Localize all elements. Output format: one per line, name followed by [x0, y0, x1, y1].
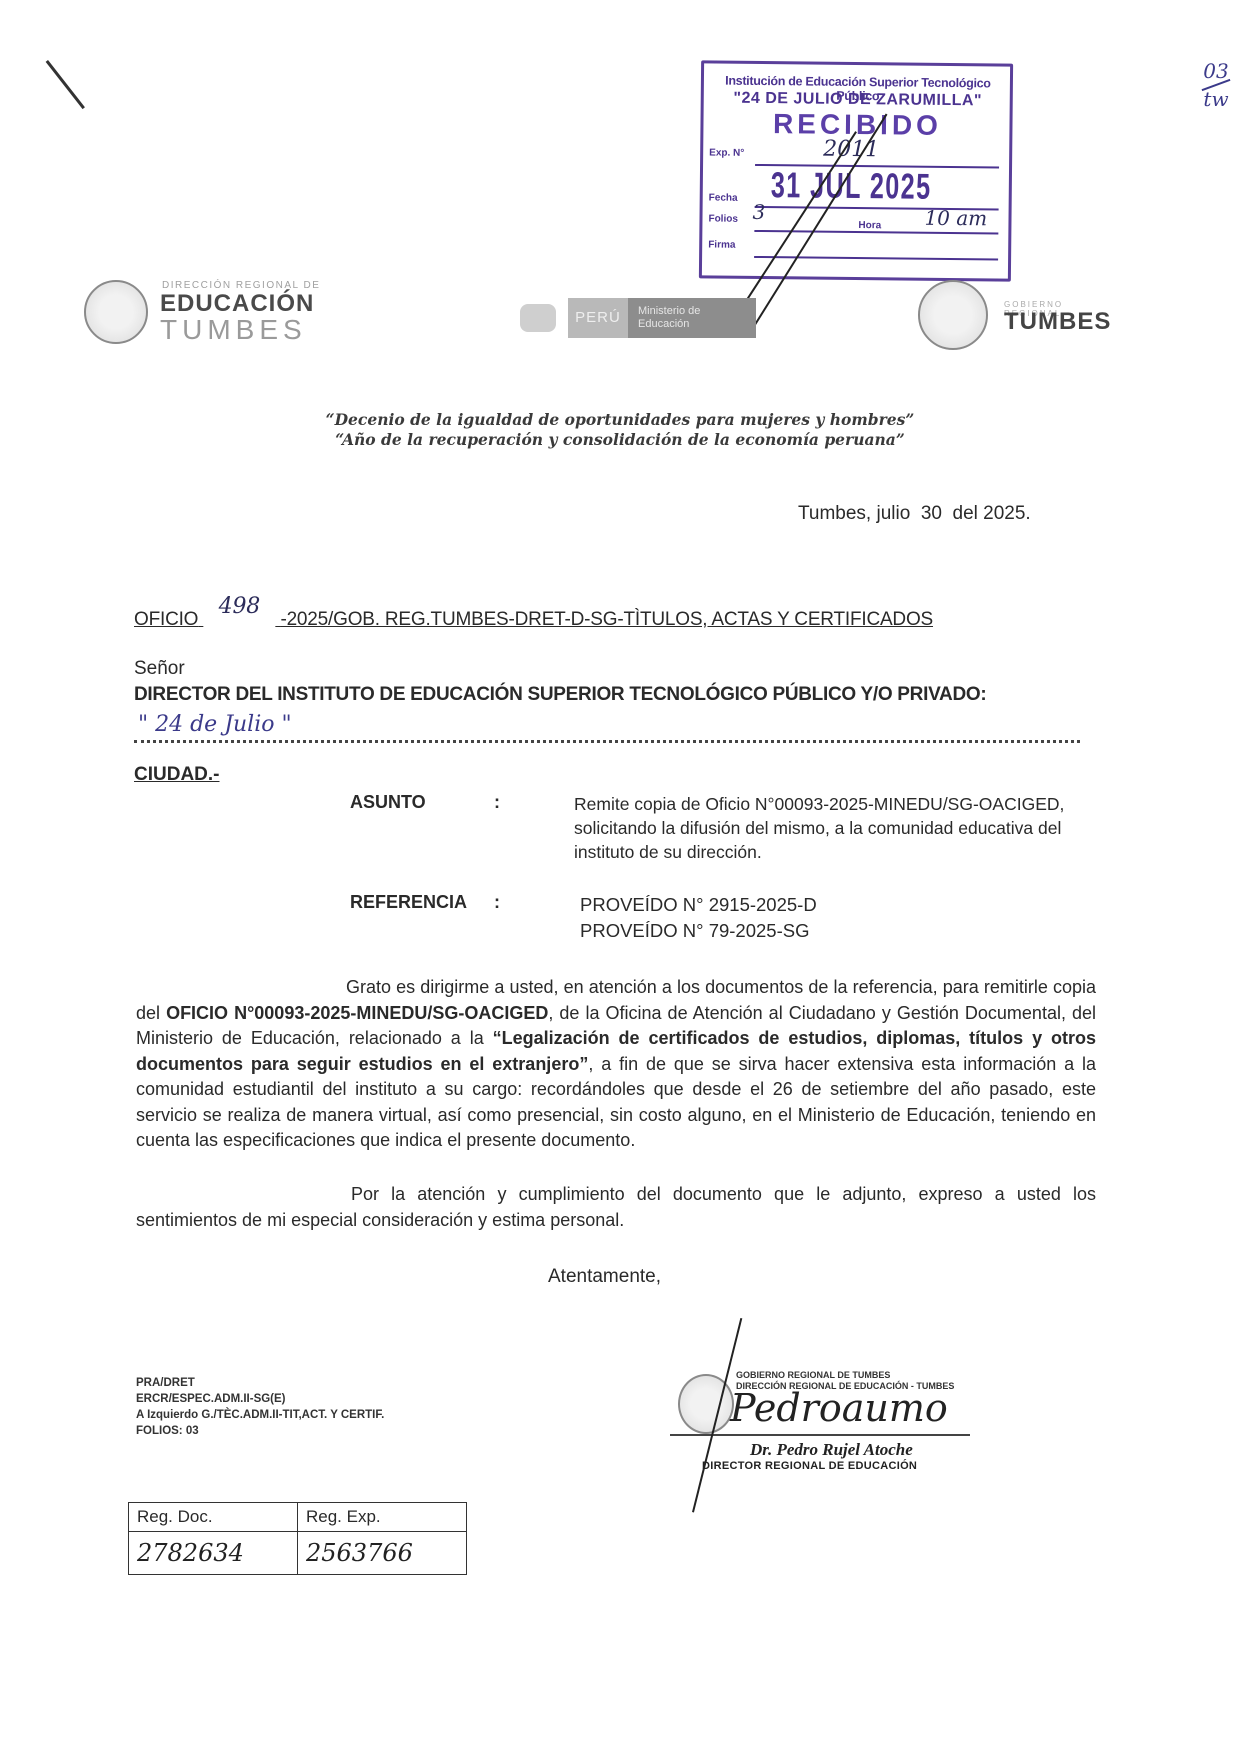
oficio-number: OFICIO 498 -2025/GOB. REG.TUMBES-DRET-D-… [134, 606, 933, 631]
closing: Atentamente, [548, 1266, 661, 1288]
asunto-value: Remite copia de Oficio N°00093-2025-MINE… [574, 792, 1094, 864]
recipient-title: DIRECTOR DEL INSTITUTO DE EDUCACIÓN SUPE… [134, 684, 986, 706]
received-stamp: Institución de Educación Superior Tecnol… [699, 60, 1013, 281]
gore-tumbes-logo: GOBIERNO REGIONAL TUMBES [918, 280, 1118, 350]
reference-initials: PRA/DRET ERCR/ESPEC.ADM.II-SG(E) A Izqui… [136, 1375, 384, 1439]
recipient-institute-line: " 24 de Julio " [134, 712, 1080, 743]
body-paragraph-2: Por la atención y cumplimiento del docum… [136, 1182, 1096, 1233]
salutation: Señor [134, 658, 185, 680]
body-paragraph-1: Grato es dirigirme a usted, en atención … [136, 975, 1096, 1154]
corner-pen-mark [46, 60, 85, 109]
stamp-hora-value: 10 am [924, 206, 987, 231]
recipient-city: CIUDAD.- [134, 764, 220, 786]
handwritten-signature: Pedroaumo [730, 1386, 948, 1430]
folio-bottom: tw [1203, 87, 1228, 111]
stamp-firma-row: Firma [708, 239, 998, 260]
reg-exp-value: 2563766 [298, 1532, 467, 1575]
asunto-label: ASUNTO [350, 792, 426, 813]
stamp-hora-label: Hora [858, 220, 881, 231]
stamp-fecha-label: Fecha [709, 192, 738, 203]
reg-doc-value: 2782634 [129, 1532, 298, 1575]
signatory-title: DIRECTOR REGIONAL DE EDUCACIÓN [702, 1460, 917, 1472]
stamp-folios-label: Folios [708, 213, 738, 224]
stamp-exp-label: Exp. N° [709, 147, 744, 158]
signatory-name: Dr. Pedro Rujel Atoche [750, 1440, 913, 1460]
gore-seal-icon [918, 280, 988, 350]
referencia-label: REFERENCIA [350, 892, 467, 913]
reg-exp-header: Reg. Exp. [298, 1503, 467, 1532]
recipient-institute-handwritten: " 24 de Julio " [134, 712, 292, 737]
official-year-mottos: “Decenio de la igualdad de oportunidades… [280, 410, 960, 450]
dre-seal-icon [84, 280, 148, 344]
referencia-values: PROVEÍDO N° 2915-2025-D PROVEÍDO N° 79-2… [580, 892, 817, 944]
peru-coat-of-arms-icon [520, 304, 556, 332]
handwritten-folio: 03 tw [1196, 60, 1236, 110]
oficio-number-handwritten: 498 [203, 594, 275, 619]
dre-tumbes-logo: DIRECCIÓN REGIONAL DE EDUCACIÓN TUMBES [76, 276, 356, 348]
reg-doc-header: Reg. Doc. [129, 1503, 298, 1532]
stamp-firma-label: Firma [708, 239, 735, 250]
minedu-logo: PERÚ Ministerio de Educación [520, 298, 756, 338]
stamp-folios-value: 3 [752, 200, 765, 224]
registry-table: Reg. Doc. Reg. Exp. 2782634 2563766 [128, 1502, 467, 1575]
document-date: Tumbes, julio 30 del 2025. [798, 503, 1031, 525]
signature-block: GOBIERNO REGIONAL DE TUMBES DIRECCIÓN RE… [670, 1330, 1010, 1500]
